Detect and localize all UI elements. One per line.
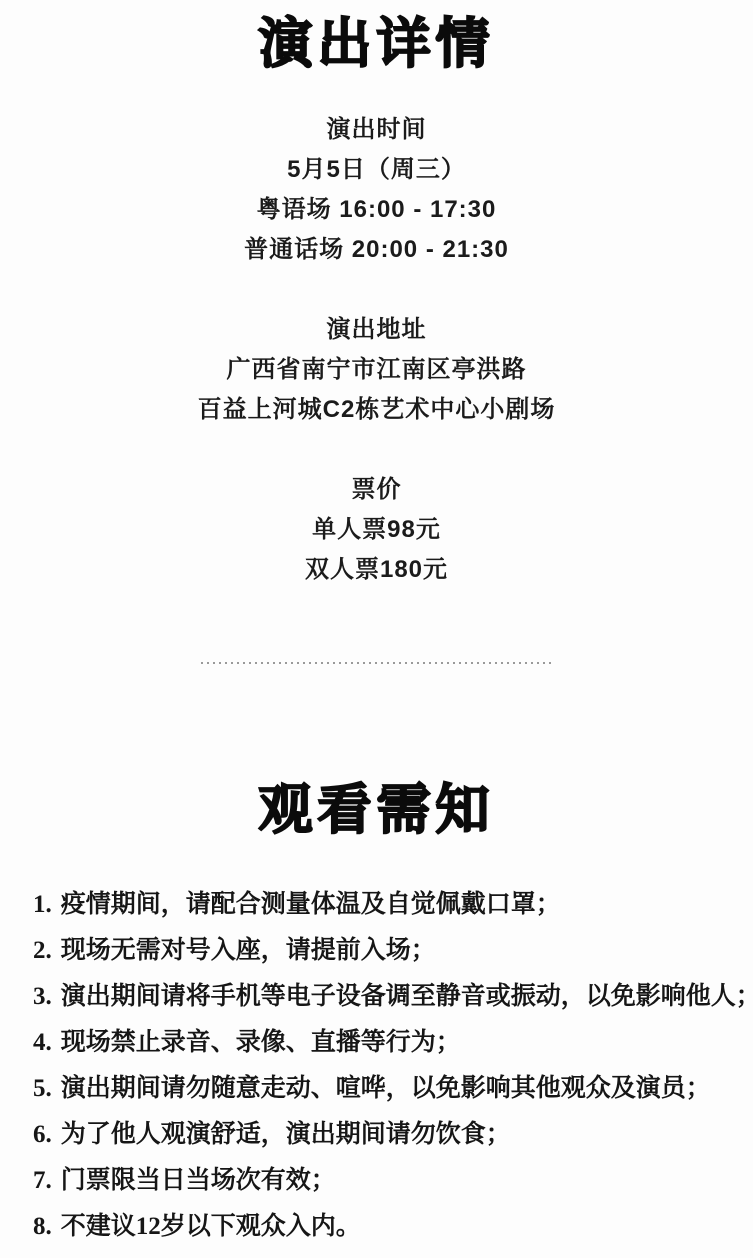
page-title-notice: 观看需知 (0, 782, 753, 838)
show-date-line: 5月5日（周三） (0, 150, 753, 190)
notice-item: 4.现场禁止录音、录像、直播等行为； (33, 1030, 747, 1055)
cantonese-session-line: 粤语场 16:00 - 17:30 (0, 190, 753, 230)
notice-item-text: 演出期间请勿随意走动、喧哗，以免影响其他观众及演员； (61, 1075, 711, 1102)
notice-item: 2.现场无需对号入座，请提前入场； (33, 938, 747, 963)
notice-item-number: 4. (33, 1030, 52, 1055)
notice-item-text: 为了他人观演舒适，演出期间请勿饮食； (61, 1121, 511, 1148)
notice-item-number: 7. (33, 1168, 52, 1193)
dotted-divider (201, 662, 553, 664)
show-address-section: 演出地址 广西省南宁市江南区亭洪路 百益上河城C2栋艺术中心小剧场 (0, 310, 753, 430)
notice-item: 3.演出期间请将手机等电子设备调至静音或振动，以免影响他人； (33, 984, 747, 1009)
address-line-2: 百益上河城C2栋艺术中心小剧场 (0, 390, 753, 430)
ticket-price-section: 票价 单人票98元 双人票180元 (0, 470, 753, 590)
notice-item-text: 门票限当日当场次有效； (61, 1167, 336, 1194)
show-time-heading: 演出时间 (0, 110, 753, 150)
event-detail-page: 演出详情 演出时间 5月5日（周三） 粤语场 16:00 - 17:30 普通话… (0, 0, 753, 1258)
notice-item: 6.为了他人观演舒适，演出期间请勿饮食； (33, 1122, 747, 1147)
notice-list: 1.疫情期间，请配合测量体温及自觉佩戴口罩； 2.现场无需对号入座，请提前入场；… (0, 892, 753, 1239)
notice-item: 7.门票限当日当场次有效； (33, 1168, 747, 1193)
notice-item-text: 演出期间请将手机等电子设备调至静音或振动，以免影响他人； (61, 983, 753, 1010)
ticket-price-heading: 票价 (0, 470, 753, 510)
single-ticket-line: 单人票98元 (0, 510, 753, 550)
notice-item-number: 2. (33, 938, 52, 963)
notice-item-text: 现场禁止录音、录像、直播等行为； (61, 1029, 461, 1056)
notice-item-number: 1. (33, 892, 52, 917)
page-title-details: 演出详情 (0, 16, 753, 72)
address-line-1: 广西省南宁市江南区亭洪路 (0, 350, 753, 390)
mandarin-session-line: 普通话场 20:00 - 21:30 (0, 230, 753, 270)
notice-item: 1.疫情期间，请配合测量体温及自觉佩戴口罩； (33, 892, 747, 917)
notice-item: 8.不建议12岁以下观众入内。 (33, 1214, 747, 1239)
show-time-section: 演出时间 5月5日（周三） 粤语场 16:00 - 17:30 普通话场 20:… (0, 110, 753, 270)
notice-item-text: 疫情期间，请配合测量体温及自觉佩戴口罩； (61, 891, 561, 918)
notice-item-text: 不建议12岁以下观众入内。 (61, 1213, 361, 1240)
show-address-heading: 演出地址 (0, 310, 753, 350)
notice-item: 5.演出期间请勿随意走动、喧哗，以免影响其他观众及演员； (33, 1076, 747, 1101)
notice-item-number: 3. (33, 984, 52, 1009)
double-ticket-line: 双人票180元 (0, 550, 753, 590)
notice-item-number: 5. (33, 1076, 52, 1101)
notice-item-number: 8. (33, 1214, 52, 1239)
notice-item-number: 6. (33, 1122, 52, 1147)
notice-item-text: 现场无需对号入座，请提前入场； (61, 937, 436, 964)
